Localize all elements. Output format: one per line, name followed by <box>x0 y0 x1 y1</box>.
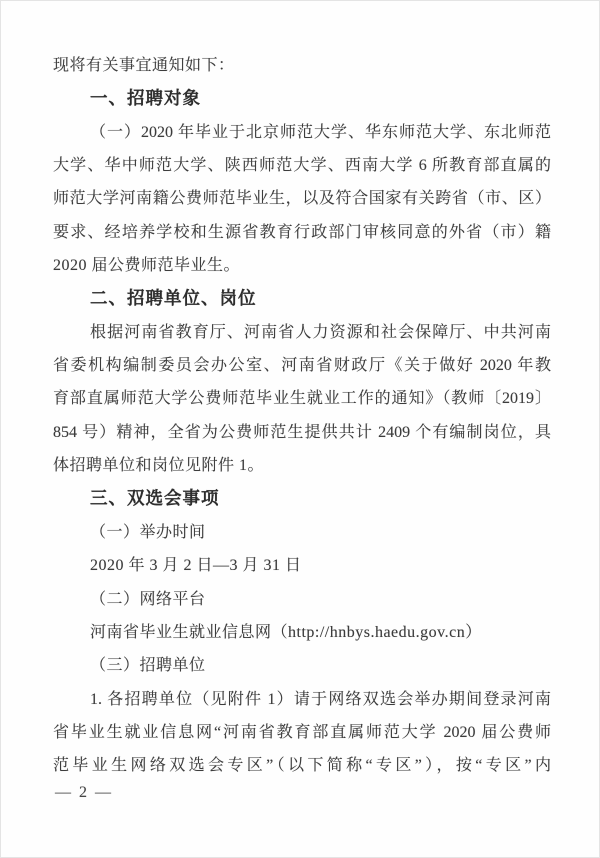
text-line: 省毕业生就业信息网“河南省教育部直属师范大学 2020 届公费师 <box>53 716 551 749</box>
text-line: 2020 届公费师范毕业生。 <box>53 249 551 282</box>
text-line: （一）2020 年毕业于北京师范大学、华东师范大学、东北师范 <box>53 116 551 149</box>
text-line: 范毕业生网络双选会专区”（以下简称“专区”），按“专区”内 <box>53 749 551 782</box>
page-number: — 2 — <box>55 784 113 802</box>
text-line: 河南省毕业生就业信息网（http://hnbys.haedu.gov.cn） <box>53 616 551 649</box>
text-line: 2020 年 3 月 2 日—3 月 31 日 <box>53 549 551 582</box>
text-line: 省委机构编制委员会办公室、河南省财政厅《关于做好 2020 年教 <box>53 349 551 382</box>
text-line: 854 号）精神，全省为公费师范生提供共计 2409 个有编制岗位，具 <box>53 416 551 449</box>
text-line: 育部直属师范大学公费师范毕业生就业工作的通知》（教师〔2019〕 <box>53 382 551 415</box>
text-line: 要求、经培养学校和生源省教育行政部门审核同意的外省（市）籍 <box>53 216 551 249</box>
text-line: 根据河南省教育厅、河南省人力资源和社会保障厅、中共河南 <box>53 316 551 349</box>
document-body-text: 现将有关事宜通知如下：一、招聘对象（一）2020 年毕业于北京师范大学、华东师范… <box>53 49 551 783</box>
text-line: 大学、华中师范大学、陕西师范大学、西南大学 6 所教育部直属的 <box>53 149 551 182</box>
text-line: （三）招聘单位 <box>53 649 551 682</box>
section-heading: 一、招聘对象 <box>53 82 551 115</box>
section-heading: 三、双选会事项 <box>53 482 551 515</box>
text-line: 现将有关事宜通知如下： <box>53 49 551 82</box>
section-heading: 二、招聘单位、岗位 <box>53 282 551 315</box>
text-line: 体招聘单位和岗位见附件 1。 <box>53 449 551 482</box>
text-line: （一）举办时间 <box>53 516 551 549</box>
text-line: 师范大学河南籍公费师范毕业生，以及符合国家有关跨省（市、区） <box>53 182 551 215</box>
document-page: 现将有关事宜通知如下：一、招聘对象（一）2020 年毕业于北京师范大学、华东师范… <box>0 0 600 858</box>
text-line: （二）网络平台 <box>53 583 551 616</box>
text-line: 1. 各招聘单位（见附件 1）请于网络双选会举办期间登录河南 <box>53 683 551 716</box>
